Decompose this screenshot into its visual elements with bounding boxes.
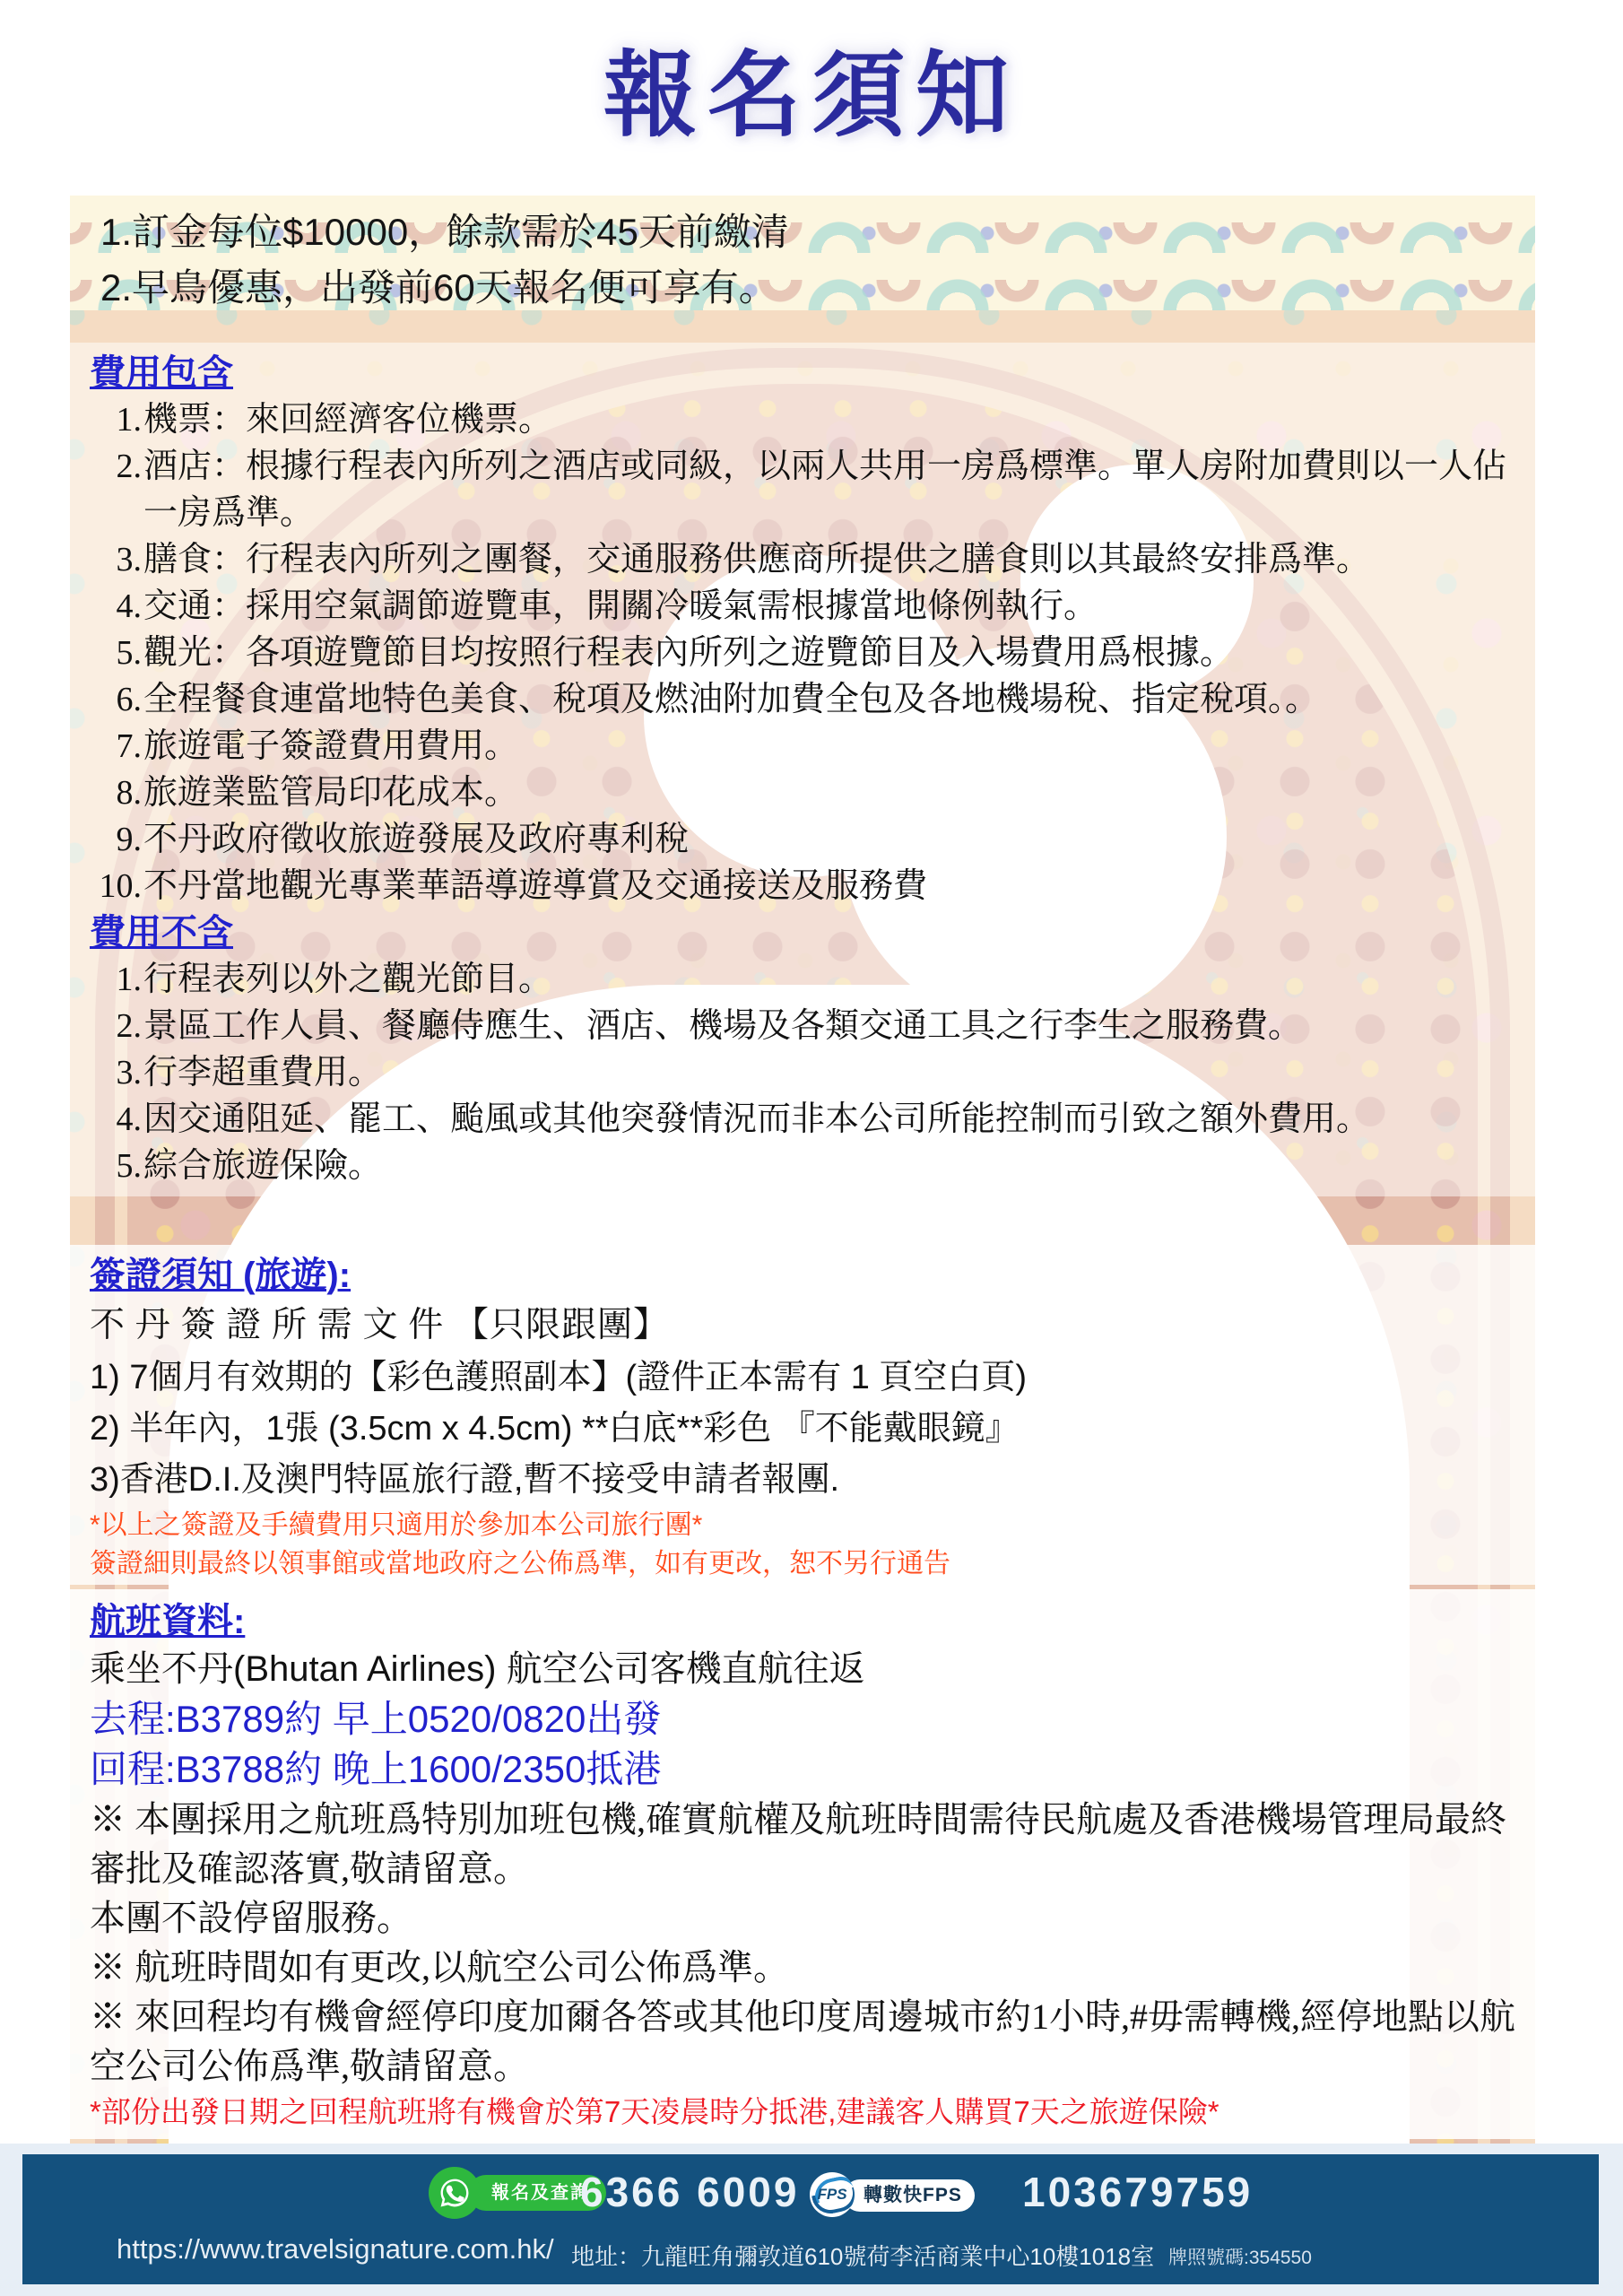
visa-note: *以上之簽證及手續費用只適用於參加本公司旅行團* bbox=[90, 1506, 1515, 1544]
license-number: 牌照號碼:354550 bbox=[1168, 2243, 1312, 2270]
flight-carrier: 乘坐不丹(Bhutan Airlines) 航空公司客機直航往返 bbox=[90, 1645, 1515, 1694]
fees-excluded-heading: 費用不含 bbox=[90, 909, 1515, 956]
fee-excluded-item: 4.因交通阻延、罷工、颱風或其他突發情況而非本公司所能控制而引致之額外費用。 bbox=[90, 1096, 1515, 1143]
flights-section: 航班資料: 乘坐不丹(Bhutan Airlines) 航空公司客機直航往返 去… bbox=[70, 1589, 1535, 2139]
flight-inbound: 回程:B3788約 晚上1600/2350抵港 bbox=[90, 1744, 1515, 1795]
address-text: 地址：九龍旺角彌敦道610號荷李活商業中心10樓1018室 bbox=[571, 2239, 1154, 2272]
flight-outbound: 去程:B3789約 早上0520/0820出發 bbox=[90, 1694, 1515, 1744]
flight-remark: ※ 航班時間如有更改,以航空公司公佈爲準。 bbox=[90, 1943, 1515, 1992]
deposit-note-1: 1.訂金每位$10000，餘款需於45天前繳清 bbox=[100, 204, 1526, 260]
fps-number: 103679759 bbox=[1022, 2169, 1253, 2215]
fee-included-item: 10.不丹當地觀光專業華語導遊導賞及交通接送及服務費 bbox=[90, 863, 1515, 909]
fees-included-heading: 費用包含 bbox=[90, 350, 1515, 396]
fps-label: 轉數快FPS bbox=[844, 2179, 975, 2212]
fee-included-item: 8.旅遊業監管局印花成本。 bbox=[90, 770, 1515, 816]
flight-warning: *部份出發日期之回程航班將有機會於第7天凌晨時分抵港,建議客人購買7天之旅遊保險… bbox=[90, 2091, 1515, 2134]
flight-remark: 本團不設停留服務。 bbox=[90, 1893, 1515, 1943]
fps-icon: FPS bbox=[810, 2172, 855, 2217]
fee-included-item: 4.交通：採用空氣調節遊覽車，開關冷暖氣需根據當地條例執行。 bbox=[90, 583, 1515, 630]
fee-excluded-item: 2.景區工作人員、餐廳侍應生、酒店、機場及各類交通工具之行李生之服務費。 bbox=[90, 1003, 1515, 1049]
website-link[interactable]: https://www.travelsignature.com.hk/ bbox=[117, 2233, 554, 2266]
fee-excluded-item: 1.行程表列以外之觀光節目。 bbox=[90, 956, 1515, 1003]
visa-subheading: 不 丹 簽 證 所 需 文 件 【只限跟團】 bbox=[90, 1299, 1515, 1352]
fee-excluded-item: 3.行李超重費用。 bbox=[90, 1049, 1515, 1096]
visa-section: 簽證須知 (旅遊): 不 丹 簽 證 所 需 文 件 【只限跟團】 1) 7個月… bbox=[70, 1245, 1535, 1585]
fee-included-item: 1.機票：來回經濟客位機票。 bbox=[90, 396, 1515, 443]
visa-item: 3)香港D.I.及澳門特區旅行證,暫不接受申請者報團. bbox=[90, 1455, 1515, 1506]
visa-item: 1) 7個月有效期的【彩色護照副本】(證件正本需有 1 頁空白頁) bbox=[90, 1352, 1515, 1404]
phone-number: 6366 6009 bbox=[580, 2169, 799, 2215]
visa-note: 簽證細則最終以領事館或當地政府之公佈爲準，如有更改，恕不另行通告 bbox=[90, 1544, 1515, 1583]
deposit-notes: 1.訂金每位$10000，餘款需於45天前繳清 2.早鳥優惠，出發前60天報名便… bbox=[70, 201, 1535, 319]
fps-badge: FPS 轉數快FPS bbox=[810, 2172, 975, 2217]
fee-included-item: 5.觀光：各項遊覽節目均按照行程表內所列之遊覽節目及入場費用爲根據。 bbox=[90, 630, 1515, 676]
fee-included-item: 7.旅遊電子簽證費用費用。 bbox=[90, 723, 1515, 770]
fees-section: 費用包含 1.機票：來回經濟客位機票。 2.酒店：根據行程表內所列之酒店或同級，… bbox=[70, 343, 1535, 1196]
fee-included-item: 3.膳食：行程表內所列之團餐，交通服務供應商所提供之膳食則以其最終安排爲準。 bbox=[90, 536, 1515, 583]
fee-included-item: 9.不丹政府徵收旅遊發展及政府專利稅 bbox=[90, 816, 1515, 863]
flight-remark: ※ 來回程均有機會經停印度加爾各答或其他印度周邊城市約1小時,#毋需轉機,經停地… bbox=[90, 1992, 1515, 2091]
visa-item: 2) 半年內，1張 (3.5cm x 4.5cm) **白底**彩色 『不能戴眼… bbox=[90, 1404, 1515, 1455]
page-title: 報名須知 bbox=[0, 20, 1623, 154]
whatsapp-icon bbox=[429, 2167, 481, 2219]
flights-heading: 航班資料: bbox=[90, 1598, 1515, 1645]
fee-included-item: 2.酒店：根據行程表內所列之酒店或同級，以兩人共用一房爲標準。單人房附加費則以一… bbox=[90, 443, 1515, 536]
flight-remark: ※ 本團採用之航班爲特別加班包機,確實航權及航班時間需待民航處及香港機場管理局最… bbox=[90, 1795, 1515, 1893]
deposit-note-2: 2.早鳥優惠，出發前60天報名便可享有。 bbox=[100, 260, 1526, 316]
fee-included-item: 6.全程餐食連當地特色美食、稅項及燃油附加費全包及各地機場稅、指定稅項。。 bbox=[90, 676, 1515, 723]
footer-bar: 報名及查詢 6366 6009 FPS 轉數快FPS 103679759 htt… bbox=[22, 2154, 1599, 2284]
fee-excluded-item: 5.綜合旅遊保險。 bbox=[90, 1143, 1515, 1189]
visa-heading: 簽證須知 (旅遊): bbox=[90, 1252, 1515, 1299]
